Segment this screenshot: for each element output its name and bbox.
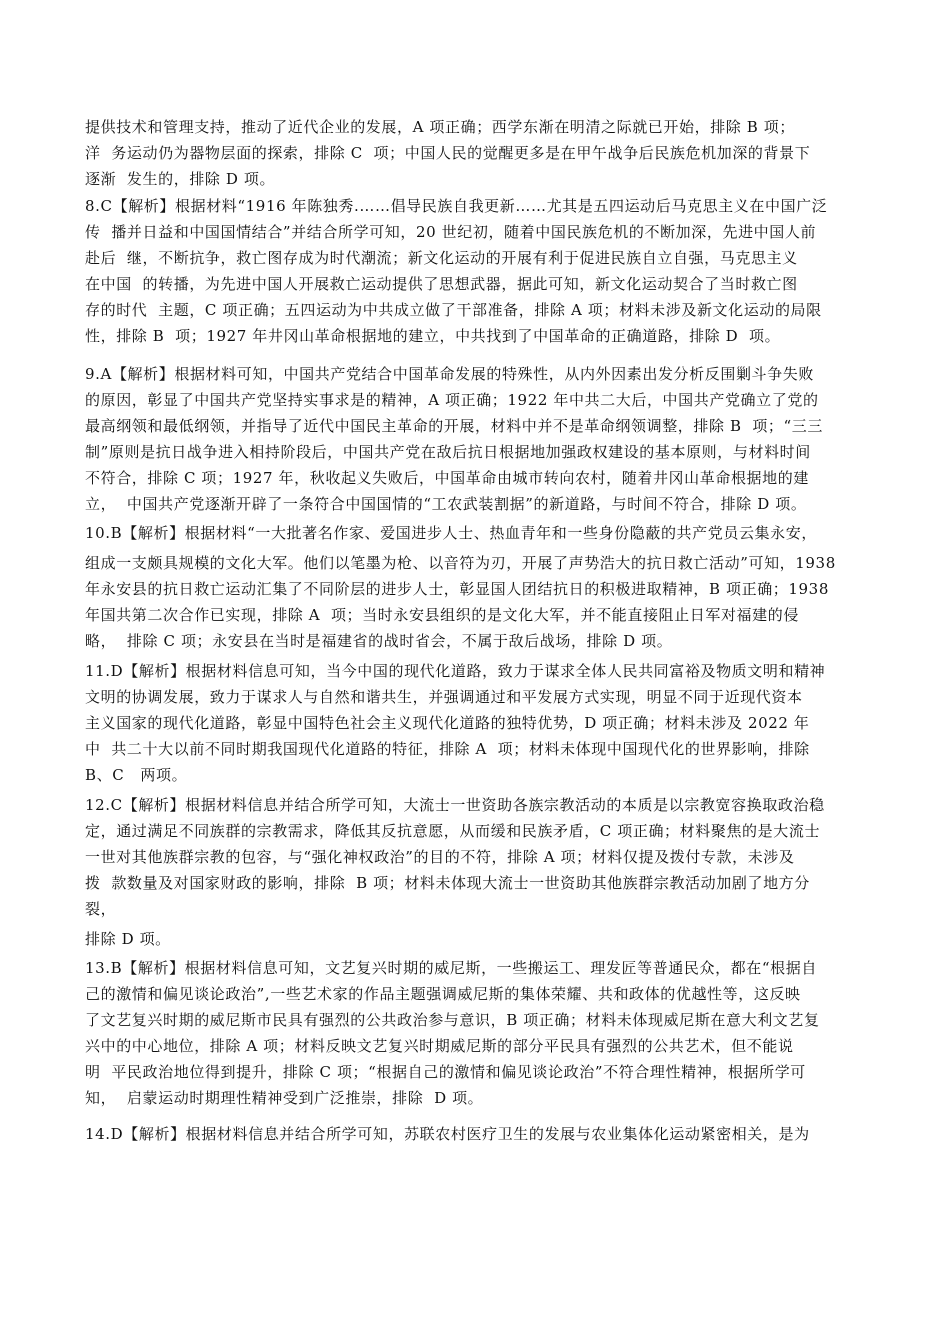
text-line: 兴中的中心地位，排除 A 项；材料反映文艺复兴时期威尼斯的部分平民具有强烈的公共…	[85, 1036, 794, 1056]
text-line: 最高纲领和最低纲领，并指导了近代中国民主革命的开展，材料中并不是革命纲领调整，排…	[85, 416, 823, 436]
text-line: 中 共二十大以前不同时期我国现代化道路的特征，排除 A 项；材料未体现中国现代化…	[85, 739, 810, 759]
text-line: 13.B【解析】根据材料信息可知，文艺复兴时期的威尼斯，一些搬运工、理发匠等普通…	[85, 958, 817, 978]
text-line: 10.B【解析】根据材料“一大批著名作家、爱国进步人士、热血青年和一些身份隐蔽的…	[85, 523, 817, 543]
text-line: 在中国 的转播，为先进中国人开展救亡运动提供了思想武器，据此可知，新文化运动契合…	[85, 274, 798, 294]
text-line: 8.C【解析】根据材料“1916 年陈独秀.……倡导民族自我更新……尤其是五四运…	[85, 196, 827, 216]
text-line: 传 播并日益和中国国情结合”并结合所学可知，20 世纪初，随着中国民族危机的不断…	[85, 222, 816, 242]
text-line: 12.C【解析】根据材料信息并结合所学可知，大流士一世资助各族宗教活动的本质是以…	[85, 795, 825, 815]
text-line: 立， 中国共产党逐渐开辟了一条符合中国国情的“工农武装割据”的新道路，与时间不符…	[85, 494, 806, 514]
text-line: 9.A【解析】根据材料可知，中国共产党结合中国革命发展的特殊性，从内外因素出发分…	[85, 364, 814, 384]
text-line: 存的时代 主题，C 项正确；五四运动为中共成立做了干部准备，排除 A 项；材料未…	[85, 300, 822, 320]
text-line: 年国共第二次合作已实现，排除 A 项；当时永安县组织的是文化大军，并不能直接阻止…	[85, 605, 799, 625]
text-line: 年永安县的抗日救亡运动汇集了不同阶层的进步人士，彰显国人团结抗日的积极进取精神，…	[85, 579, 829, 599]
text-line: 定，通过满足不同族群的宗教需求，降低其反抗意愿，从而缓和民族矛盾，C 项正确；材…	[85, 821, 820, 841]
text-line: 提供技术和管理支持，推动了近代企业的发展，A 项正确；西学东渐在明清之际就已开始…	[85, 117, 795, 137]
text-line: 主义国家的现代化道路，彰显中国特色社会主义现代化道路的独特优势，D 项正确；材料…	[85, 713, 810, 733]
text-line: 洋 务运动仍为器物层面的探索，排除 C 项；中国人民的觉醒更多是在甲午战争后民族…	[85, 143, 810, 163]
text-line: 知， 启蒙运动时期理性精神受到广泛推崇，排除 D 项。	[85, 1088, 483, 1108]
document-page: 提供技术和管理支持，推动了近代企业的发展，A 项正确；西学东渐在明清之际就已开始…	[0, 0, 950, 1344]
text-line: 赴后 继，不断抗争，救亡图存成为时代潮流；新文化运动的开展有利于促进民族自立自强…	[85, 248, 798, 268]
text-line: 拨 款数量及对国家财政的影响，排除 B 项；材料未体现大流士一世资助其他族群宗教…	[85, 873, 810, 893]
text-line: 一世对其他族群宗教的包容，与“强化神权政治”的目的不符，排除 A 项；材料仅提及…	[85, 847, 795, 867]
text-line: 了文艺复兴时期的威尼斯市民具有强烈的公共政治参与意识，B 项正确；材料未体现威尼…	[85, 1010, 820, 1030]
text-line: B、C 两项。	[85, 765, 187, 785]
text-line: 不符合，排除 C 项；1927 年，秋收起义失败后，中国革命由城市转向农村，随着…	[85, 468, 809, 488]
text-line: 制”原则是抗日战争进入相持阶段后，中国共产党在敌后抗日根据地加强政权建设的基本原…	[85, 442, 811, 462]
text-line: 的原因，彰显了中国共产党坚持实事求是的精神，A 项正确；1922 年中共二大后，…	[85, 390, 819, 410]
text-line: 14.D【解析】根据材料信息并结合所学可知，苏联农村医疗卫生的发展与农业集体化运…	[85, 1124, 810, 1144]
text-line: 性，排除 B 项；1927 年井冈山革命根据地的建立，中共找到了中国革命的正确道…	[85, 326, 780, 346]
text-line: 排除 D 项。	[85, 929, 171, 949]
text-line: 己的激情和偏见谈论政治”,一些艺术家的作品主题强调威尼斯的集体荣耀、共和政体的优…	[85, 984, 801, 1004]
text-line: 略， 排除 C 项；永安县在当时是福建省的战时省会，不属于敌后战场，排除 D 项…	[85, 631, 672, 651]
text-line: 逐渐 发生的，排除 D 项。	[85, 169, 275, 189]
text-line: 组成一支颇具规模的文化大军。他们以笔墨为枪、以音符为刃，开展了声势浩大的抗日救亡…	[85, 553, 836, 573]
text-line: 11.D【解析】根据材料信息可知，当今中国的现代化道路，致力于谋求全体人民共同富…	[85, 661, 825, 681]
text-line: 裂，	[85, 899, 116, 919]
text-line: 文明的协调发展，致力于谋求人与自然和谐共生，并强调通过和平发展方式实现，明显不同…	[85, 687, 803, 707]
text-line: 明 平民政治地位得到提升，排除 C 项；“根据自己的激情和偏见谈论政治”不符合理…	[85, 1062, 806, 1082]
